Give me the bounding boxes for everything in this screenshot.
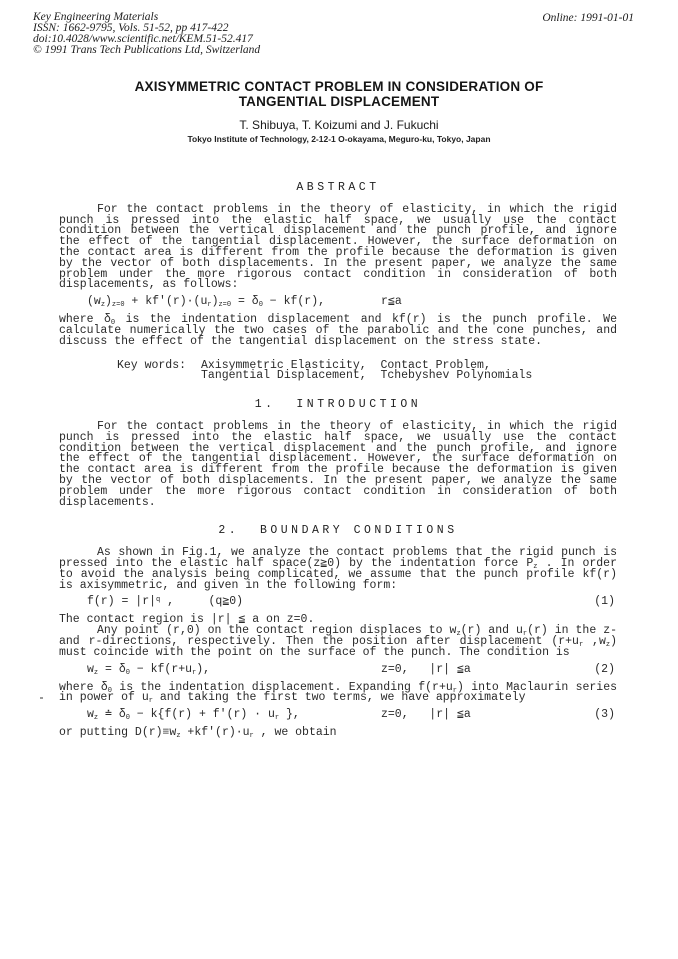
keywords-list: Axisymmetric Elasticity, Contact Problem… — [201, 361, 532, 383]
keywords-label: Key words: — [117, 361, 186, 383]
paper-title-line-1: AXISYMMETRIC CONTACT PROBLEM IN CONSIDER… — [0, 79, 678, 94]
equation-number: (2) — [594, 665, 615, 676]
equation-1: f(r) = |r|q , (q≧0) (1) — [59, 597, 617, 608]
keywords-line-2: Tangential Displacement, Tchebyshev Poly… — [201, 371, 532, 382]
abstract-heading: ABSTRACT — [59, 183, 617, 194]
boundary-conditions-heading: 2. BOUNDARY CONDITIONS — [59, 526, 617, 537]
authors-line: T. Shibuya, T. Koizumi and J. Fukuchi — [0, 118, 678, 132]
boundary-paragraph-1: As shown in Fig.1, we analyze the contac… — [59, 548, 617, 591]
abstract-equation: (wz)z=0 + kf'(r)·(ur)z=0 = δ0 − kf(r), r… — [59, 297, 617, 308]
boundary-paragraph-3: where δ0 is the indentation displacement… — [59, 683, 617, 705]
boundary-paragraph-4: or putting D(r)≡wz +kf'(r)·ur , we obtai… — [59, 728, 617, 739]
equation-number: (3) — [594, 710, 615, 721]
affiliation-line: Tokyo Institute of Technology, 2-12-1 O-… — [0, 134, 678, 144]
equation-condition: z=0, |r| ≦a — [381, 665, 471, 676]
journal-header: Key Engineering Materials ISSN: 1662-979… — [33, 12, 260, 56]
paper-title-line-2: TANGENTIAL DISPLACEMENT — [0, 94, 678, 109]
document-page: Key Engineering Materials ISSN: 1662-979… — [0, 0, 678, 959]
equation-condition: r≦a — [381, 297, 402, 308]
abstract-paragraph-1: For the contact problems in the theory o… — [59, 205, 617, 291]
online-date: Online: 1991-01-01 — [542, 12, 634, 24]
boundary-paragraph-2: Any point (r,0) on the contact region di… — [59, 626, 617, 658]
equation-main: (wz)z=0 + kf'(r)·(ur)z=0 = δ0 − kf(r), — [87, 295, 325, 308]
copyright-line: © 1991 Trans Tech Publications Ltd, Swit… — [33, 45, 260, 56]
scan-artifact-mark — [40, 697, 43, 699]
equation-main: wz = δ0 − kf(r+ur), — [87, 663, 210, 676]
paper-title: AXISYMMETRIC CONTACT PROBLEM IN CONSIDER… — [0, 79, 678, 109]
equation-condition: z=0, |r| ≦a — [381, 710, 471, 721]
equation-2: wz = δ0 − kf(r+ur), z=0, |r| ≦a (2) — [59, 665, 617, 676]
equation-main: f(r) = |r|q , (q≧0) — [87, 595, 243, 608]
introduction-paragraph: For the contact problems in the theory o… — [59, 422, 617, 508]
keywords-block: Key words: Axisymmetric Elasticity, Cont… — [59, 361, 617, 383]
equation-3: wz ≐ δ0 − k{f(r) + f'(r) · ur }, z=0, |r… — [59, 710, 617, 721]
equation-main: wz ≐ δ0 − k{f(r) + f'(r) · ur }, — [87, 708, 300, 721]
abstract-paragraph-2: where δ0 is the indentation displacement… — [59, 315, 617, 347]
article-body: ABSTRACT For the contact problems in the… — [59, 183, 617, 739]
introduction-heading: 1. INTRODUCTION — [59, 400, 617, 411]
equation-number: (1) — [594, 597, 615, 608]
